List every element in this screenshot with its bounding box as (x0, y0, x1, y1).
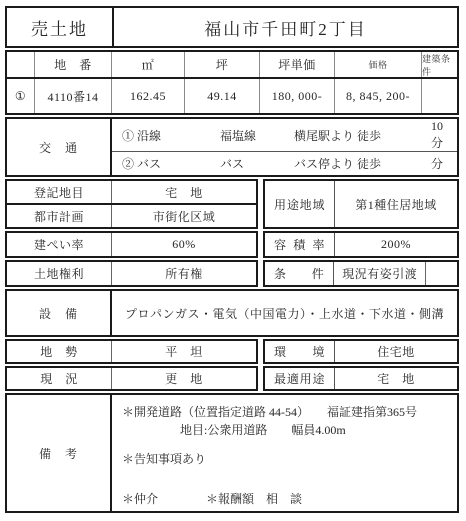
optimal-use-label: 最適用途 (265, 368, 335, 389)
lot-building-conditions (422, 79, 457, 113)
city-planning-value: 市街化区域 (112, 205, 256, 227)
transport-bus-no-mode: ② バス (122, 155, 220, 172)
conditions-value: 現況有姿引渡 (334, 262, 425, 285)
header-area-tsubo: 坪 (185, 52, 260, 77)
remarks-section: 備 考 ＊開発道路（位置指定道路 44-54） 福証建指第365号 地目:公衆用… (5, 393, 459, 513)
remarks-label: 備 考 (7, 395, 112, 511)
sale-type-cell: 売土地 (7, 8, 114, 46)
transport-rail-line: 福塩線 (220, 127, 294, 144)
zoning-value: 第1種住居地域 (335, 181, 457, 227)
transport-section: 交 通 ① 沿線 福塩線 横尾駅より 徒歩 10分 ② バス バス バス停より … (5, 117, 459, 177)
terrain-value: 平 坦 (112, 341, 256, 362)
land-registry-label: 登記地目 (7, 181, 112, 203)
environment-label: 環境 (265, 341, 335, 362)
coverage-ratio-label: 建ぺい率 (7, 233, 112, 256)
coverage-ratio-value: 60% (112, 233, 256, 256)
transport-bus-time: 分 (420, 155, 457, 172)
utilities-label: 設 備 (7, 291, 112, 335)
transport-label: 交 通 (7, 119, 112, 175)
city-planning-row: 都市計画 市街化区域 (7, 203, 256, 227)
current-status-value: 更 地 (112, 368, 256, 389)
land-registry-value: 宅 地 (112, 181, 256, 203)
current-status-row: 現 況 更 地 (5, 366, 258, 391)
transport-bus-line: バス (220, 155, 294, 172)
transport-row-rail: ① 沿線 福塩線 横尾駅より 徒歩 10分 (112, 119, 457, 151)
property-sheet: 売土地 福山市千田町2丁目 地 番 ㎡ 坪 坪単価 価格 建築条件 ① 4110… (0, 0, 466, 521)
transport-rail-time: 10分 (420, 119, 457, 151)
conditions-label: 条件 (265, 262, 334, 285)
lot-area-sqm: 162.45 (112, 79, 185, 113)
floor-area-ratio-label: 容積率 (265, 233, 335, 256)
transport-bus-access: バス停より 徒歩 (294, 155, 420, 172)
title-section: 売土地 福山市千田町2丁目 (5, 6, 459, 48)
remarks-line-notice: ＊告知事項あり (122, 451, 451, 467)
city-planning-label: 都市計画 (7, 205, 112, 227)
conditions-box: 条件 現況有姿引渡 (263, 260, 459, 287)
transport-row-bus: ② バス バス バス停より 徒歩 分 (112, 151, 457, 175)
location-cell: 福山市千田町2丁目 (114, 8, 457, 46)
land-rights-label: 土地権利 (7, 262, 112, 285)
remarks-body: ＊開発道路（位置指定道路 44-54） 福証建指第365号 地目:公衆用道路 幅… (112, 395, 457, 511)
transport-rail-no-mode: ① 沿線 (122, 127, 220, 144)
lot-table: 地 番 ㎡ 坪 坪単価 価格 建築条件 ① 4110番14 162.45 49.… (5, 50, 459, 115)
utilities-value: プロパンガス・電気（中国電力）・上水道・下水道・側溝 (112, 291, 457, 335)
remarks-line-road: ＊開発道路（位置指定道路 44-54） 福証建指第365号 (122, 404, 451, 420)
header-area-sqm: ㎡ (112, 52, 185, 77)
transport-rows: ① 沿線 福塩線 横尾駅より 徒歩 10分 ② バス バス バス停より 徒歩 分 (112, 119, 457, 175)
remarks-line-brokerage: ＊仲介 ＊報酬額 相 談 (122, 491, 451, 507)
registry-planning-table: 登記地目 宅 地 都市計画 市街化区域 (5, 179, 258, 229)
optimal-use-label-text: 最適用途 (265, 370, 334, 387)
land-rights-row: 土地権利 所有権 (5, 260, 258, 287)
zoning-label-text: 用途地域 (265, 196, 334, 213)
floor-area-ratio-value: 200% (335, 233, 457, 256)
lot-data-row: ① 4110番14 162.45 49.14 180, 000- 8, 845,… (7, 79, 457, 113)
coverage-ratio-row: 建ぺい率 60% (5, 231, 258, 258)
header-lot-number: 地 番 (35, 52, 112, 77)
floor-area-ratio-label-text: 容積率 (265, 236, 334, 253)
lot-number: 4110番14 (35, 79, 112, 113)
remarks-line-road-detail: 地目:公衆用道路 幅員4.00m (180, 422, 451, 438)
conditions-label-text: 条件 (265, 265, 333, 282)
floor-area-ratio-box: 容積率 200% (263, 231, 459, 258)
current-status-label: 現 況 (7, 368, 112, 389)
environment-box: 環境 住宅地 (263, 339, 459, 364)
terrain-label: 地 勢 (7, 341, 112, 362)
land-registry-row: 登記地目 宅 地 (7, 181, 256, 203)
header-no (7, 52, 35, 77)
header-building-conditions: 建築条件 (422, 52, 457, 77)
terrain-row: 地 勢 平 坦 (5, 339, 258, 364)
lot-price: 8, 845, 200- (335, 79, 422, 113)
environment-label-text: 環境 (265, 343, 334, 360)
land-rights-value: 所有権 (112, 262, 256, 285)
conditions-extra-cell (425, 262, 457, 285)
environment-value: 住宅地 (335, 341, 457, 362)
lot-unit-price: 180, 000- (260, 79, 335, 113)
zoning-label: 用途地域 (265, 181, 335, 227)
zoning-box: 用途地域 第1種住居地域 (263, 179, 459, 229)
optimal-use-box: 最適用途 宅 地 (263, 366, 459, 391)
transport-rail-access: 横尾駅より 徒歩 (294, 127, 420, 144)
lot-area-tsubo: 49.14 (185, 79, 260, 113)
lot-header-row: 地 番 ㎡ 坪 坪単価 価格 建築条件 (7, 52, 457, 79)
header-unit-price: 坪単価 (260, 52, 335, 77)
utilities-row: 設 備 プロパンガス・電気（中国電力）・上水道・下水道・側溝 (5, 289, 459, 337)
header-price: 価格 (335, 52, 422, 77)
lot-no: ① (7, 79, 35, 113)
optimal-use-value: 宅 地 (335, 368, 457, 389)
